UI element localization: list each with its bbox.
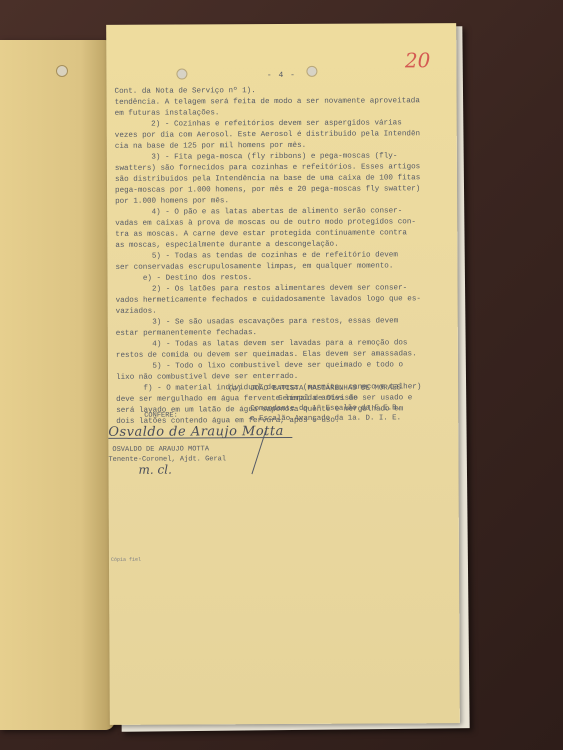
left-page [0, 40, 115, 730]
margin-note: Cópia fiel [111, 555, 141, 566]
signature-prefix: (a) [228, 385, 241, 393]
signatory-name-text: JOÃO BATISTA MASCARENHAS DE MORAES [250, 384, 401, 393]
signatory-role-2: e Escalão Avançado da 1a. D. I. E. [228, 413, 448, 424]
confere-label: CONFERE: [144, 411, 178, 422]
text-line: tra as moscas. A carne deve estar proteg… [115, 228, 451, 241]
handwritten-initials: m. cl. [138, 465, 171, 476]
text-line: vezes por dia com Aerosol. Este Aerosol … [115, 129, 451, 142]
handwritten-page-number: 20 [405, 55, 431, 66]
text-line: 5) - Todo o lixo combustivel deve ser qu… [116, 360, 452, 373]
signature-block: (a) JOÃO BATISTA MASCARENHAS DE MORAES G… [228, 383, 448, 424]
document-page: - 4 - 20 Cont. da Nota de Serviço nº 1).… [106, 23, 460, 725]
punch-hole [56, 65, 68, 77]
text-line: pega-moscas por 1.000 homens, por mês e … [115, 184, 451, 197]
text-line: tendência. A telagem será feita de modo … [115, 96, 451, 109]
text-line: vados hermeticamente fechados e cuidados… [116, 294, 452, 307]
document-body: Cont. da Nota de Serviço nº 1). tendênci… [114, 85, 452, 428]
page-number: - 4 - [106, 69, 456, 82]
